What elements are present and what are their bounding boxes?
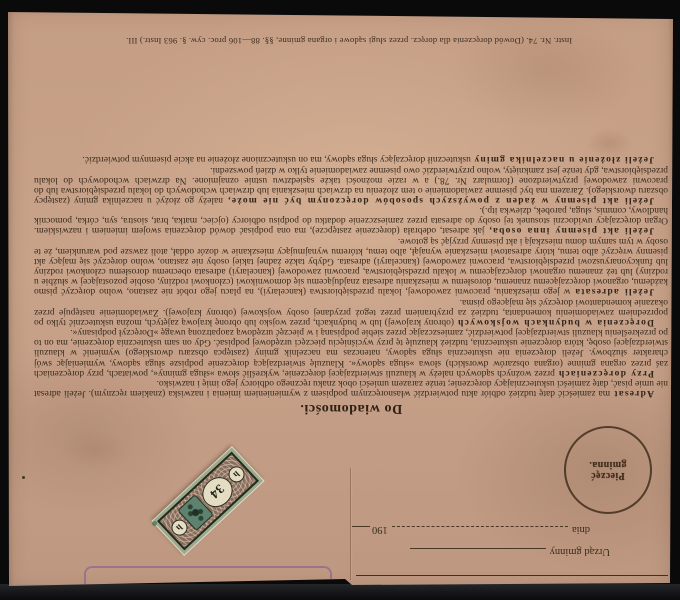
- form-number-line: Instr. Nr. 74. (Dowód doręczenia dla dor…: [30, 36, 668, 46]
- ink-speck-dark: [22, 476, 25, 479]
- paragraph-lead: Jeżeli złożenie u naczelnika gminy: [473, 154, 654, 164]
- fold-crease: [350, 468, 351, 580]
- notice-heading: Do wiadomości.: [34, 401, 668, 416]
- scanner-glow: [0, 584, 680, 600]
- commune-seal: Pieczęć gminna.: [564, 426, 652, 514]
- scan-background: { "colors": { "paper": "#c6a088", "ink":…: [0, 0, 680, 600]
- office-name-row: Urząd gminny: [410, 546, 610, 568]
- paper-stain: [60, 430, 130, 470]
- paragraph-lead: Przy doręczeniach: [558, 368, 654, 378]
- office-name-label: Urząd gminny: [550, 546, 610, 557]
- form-border-rule: [356, 575, 668, 576]
- notice-paragraph: Jeżeli akt pisemny w żaden z powyższych …: [34, 164, 668, 205]
- document-page: Instr. Nr. 74. (Dowód doręczenia dla dor…: [0, 0, 680, 600]
- paragraph-lead: Jeżeli adresata: [574, 286, 654, 296]
- notice-paragraph: Jeżeli złożenie u naczelnika gminy uskut…: [34, 154, 668, 164]
- seal-label-line1: Pieczęć: [589, 470, 627, 481]
- date-rule: [392, 526, 568, 527]
- office-name-rule: [410, 548, 546, 549]
- paragraph-text: w jego mieszkaniu, pracowni zawodowej, l…: [34, 236, 668, 297]
- date-row: dnia 190: [352, 524, 590, 546]
- notice-paragraph: Adresat ma zamieścić datę tudzież odbiór…: [34, 378, 668, 398]
- paragraph-lead: Adresat: [613, 388, 654, 398]
- date-label: dnia: [572, 524, 590, 535]
- paragraph-lead: Doręczenia w budynkach wojskowych: [457, 317, 654, 327]
- paragraph-text: ma zamieścić datę tudzież odbiór aktu po…: [34, 378, 668, 398]
- seal-label: Pieczęć gminna.: [589, 459, 627, 481]
- notice-section: Do wiadomości. Adresat ma zamieścić datę…: [34, 78, 668, 416]
- notice-paragraph: Doręczenia w budynkach wojskowych (obron…: [34, 296, 668, 326]
- revenue-stamp-face: h 34 h: [157, 452, 259, 551]
- notice-paragraph: Jeżeli akt pisemny inna osoba, jak adres…: [34, 205, 668, 235]
- paragraph-lead: Jeżeli akt pisemny inna osoba,: [488, 226, 654, 236]
- paragraph-text: uskutecznił doręczający sługa sądowy, ma…: [82, 154, 473, 164]
- notice-paragraph: Jeżeli adresata w jego mieszkaniu, praco…: [34, 236, 668, 297]
- notice-paragraphs: Adresat ma zamieścić datę tudzież odbiór…: [34, 154, 668, 398]
- year-prefix: 190: [372, 524, 388, 535]
- year-rule: [352, 526, 370, 527]
- seal-label-line2: gminna.: [589, 459, 627, 470]
- paragraph-lead: Jeżeli akt pisemny w żaden z powyższych …: [227, 195, 654, 205]
- office-header-block: Urząd gminny dnia 190: [352, 514, 610, 568]
- revenue-stamp: h 34 h: [153, 447, 263, 554]
- notice-paragraph: Przy doręczeniach przez woźnych sądowych…: [34, 327, 668, 378]
